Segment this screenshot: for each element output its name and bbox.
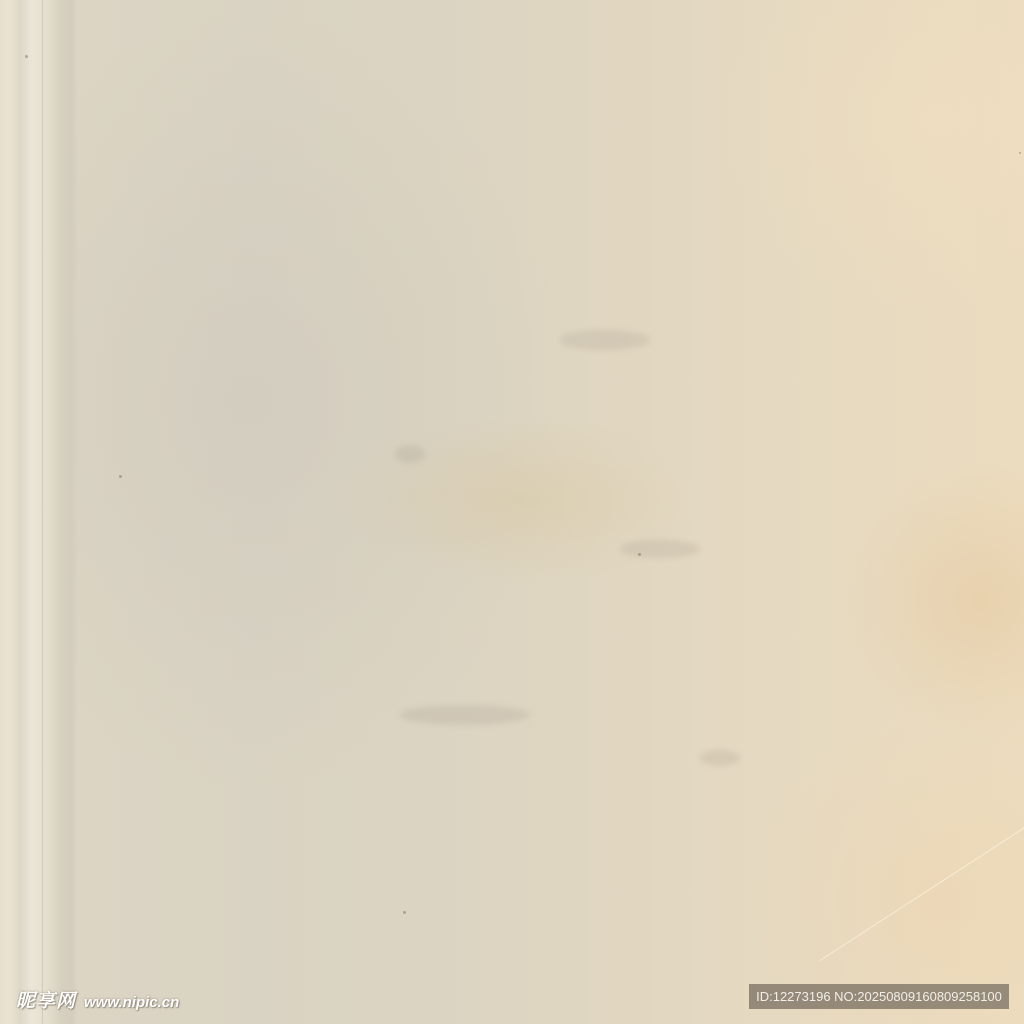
speck — [25, 55, 28, 58]
book-spine-edge — [0, 0, 78, 1024]
watermark-brand: 昵享网 — [16, 986, 76, 1013]
speck — [1019, 152, 1021, 154]
stain — [700, 750, 740, 766]
speck — [403, 911, 406, 914]
spine-fold-line — [42, 0, 43, 1024]
speck — [119, 475, 122, 478]
stain — [560, 330, 650, 350]
site-watermark: 昵享网 www.nipic.cn — [16, 986, 179, 1013]
stain — [395, 445, 425, 463]
paper-texture — [0, 0, 1024, 1024]
watermark-url: www.nipic.cn — [84, 994, 179, 1011]
image-id-badge: ID:12273196 NO:20250809160809258100 — [749, 984, 1009, 1009]
speck — [638, 553, 641, 556]
stain — [620, 540, 700, 558]
stain — [400, 705, 530, 725]
